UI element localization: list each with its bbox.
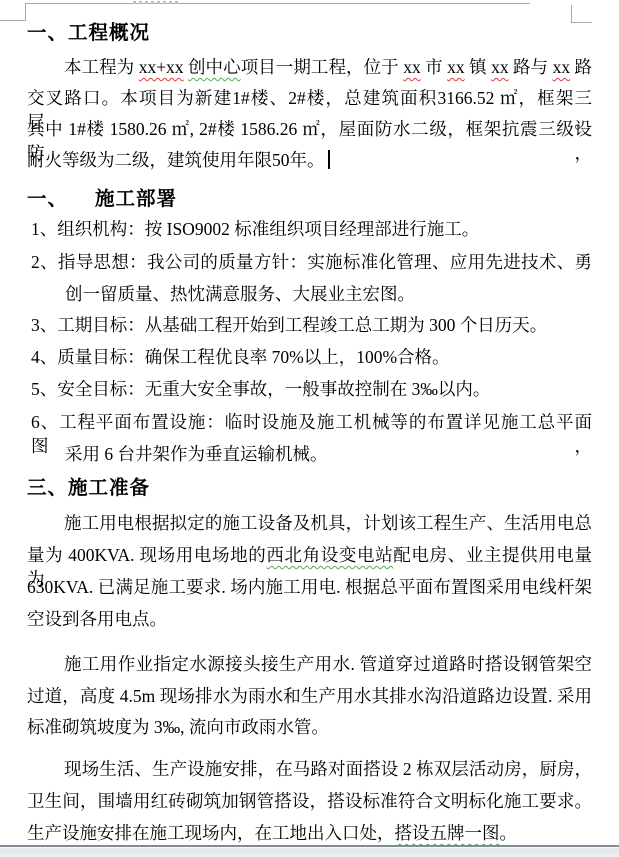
list-item-continuation: 采用 6 台井架作为垂直运输机械。 (65, 442, 592, 466)
heading-number: 一、 (27, 189, 68, 210)
list-item: 1、组织机构：按 ISO9002 标准组织项目经理部进行施工。 (31, 217, 592, 241)
text-run: 。 (500, 823, 518, 843)
text-run: 耐火等级为二级，建筑使用年限50年。 (27, 150, 325, 170)
text-line: 过道，高度 4.5m 现场排水为雨水和生产用水其排水沟沿道路边设置. 采用 (27, 684, 592, 708)
list-item: 3、工期目标：从基础工程开始到工程竣工总工期为 300 个日历天。 (31, 313, 592, 337)
list-item: 2、指导思想：我公司的质量方针：实施标准化管理、应用先进技术、勇 (31, 250, 592, 274)
text-run: 路与 (509, 57, 553, 77)
text-run: 生产设施安排在施工现场内，在工地出入口处， (27, 823, 395, 843)
text-run: 本工程为 (64, 57, 139, 77)
text-run: 镇 (465, 57, 491, 77)
margin-corner-mark-right (571, 5, 572, 23)
text-line: 现场生活、生产设施安排，在马路对面搭设 2 栋双层活动房，厨房， (27, 757, 592, 781)
heading-title: 施工部署 (95, 189, 177, 210)
text-line: 生产设施安排在施工现场内，在工地出入口处，搭设五牌一图。 (27, 821, 592, 845)
spellcheck-marked-run: xx (553, 57, 571, 77)
spellcheck-marked-run: xx+xx (139, 57, 184, 77)
text-line: 卫生间，围墙用红砖砌筑加钢管搭设，搭设标准符合文明标化施工要求。 (27, 789, 592, 813)
section-heading-2: 一、施工部署 (27, 188, 592, 212)
grammar-marked-run: 西北角设变电站 (266, 545, 393, 565)
text-line: 施工用作业指定水源接头接生产用水. 管道穿过道路时搭设钢管架空 (27, 652, 592, 676)
grammar-underline-fragment (133, 1, 179, 4)
text-run: 市 (421, 57, 447, 77)
text-line: 空设到各用电点。 (27, 607, 592, 631)
spellcheck-marked-run: xx (491, 57, 509, 77)
text-line: 630KVA. 已满足施工要求. 场内施工用电. 根据总平面布置图采用电线杆架 (27, 575, 592, 599)
text-run: 量为 400KVA. 现场用电场地的 (27, 545, 266, 565)
margin-corner-mark-left (25, 3, 26, 20)
list-item-continuation: 创一留质量、热忱满意服务、大展业主宏图。 (65, 282, 592, 306)
spellcheck-marked-run: xx (403, 57, 421, 77)
list-item: 5、安全目标：无重大安全事故，一般事故控制在 3‰以内。 (31, 377, 592, 401)
text-line: 标准砌筑坡度为 3‰, 流向市政雨水管。 (27, 715, 592, 739)
text-line: 耐火等级为二级，建筑使用年限50年。 (27, 148, 592, 172)
list-item: 4、质量目标：确保工程优良率 70%以上，100%合格。 (31, 345, 592, 369)
text-run: 项目一期工程，位于 (241, 57, 404, 77)
text-run: 路 (570, 57, 592, 77)
spellcheck-marked-run: xx (447, 57, 465, 77)
bottom-scrollbar-strip (0, 845, 619, 857)
text-line: 施工用电根据拟定的施工设备及机具，计划该工程生产、生活用电总 (27, 511, 592, 535)
grammar-marked-run: 创中心 (188, 57, 241, 77)
section-heading-1: 一、工程概况 (27, 22, 592, 46)
grammar-marked-run: 搭设五牌一图 (395, 823, 500, 843)
page-top-boundary-line (25, 3, 530, 4)
section-heading-3: 三、施工准备 (27, 477, 592, 501)
text-line: 本工程为 xx+xx 创中心项目一期工程，位于 xx 市 xx 镇 xx 路与 … (27, 55, 592, 79)
document-page: 一、工程概况 本工程为 xx+xx 创中心项目一期工程，位于 xx 市 xx 镇… (0, 0, 619, 857)
margin-corner-mark-left (0, 20, 26, 21)
text-cursor (328, 150, 330, 169)
